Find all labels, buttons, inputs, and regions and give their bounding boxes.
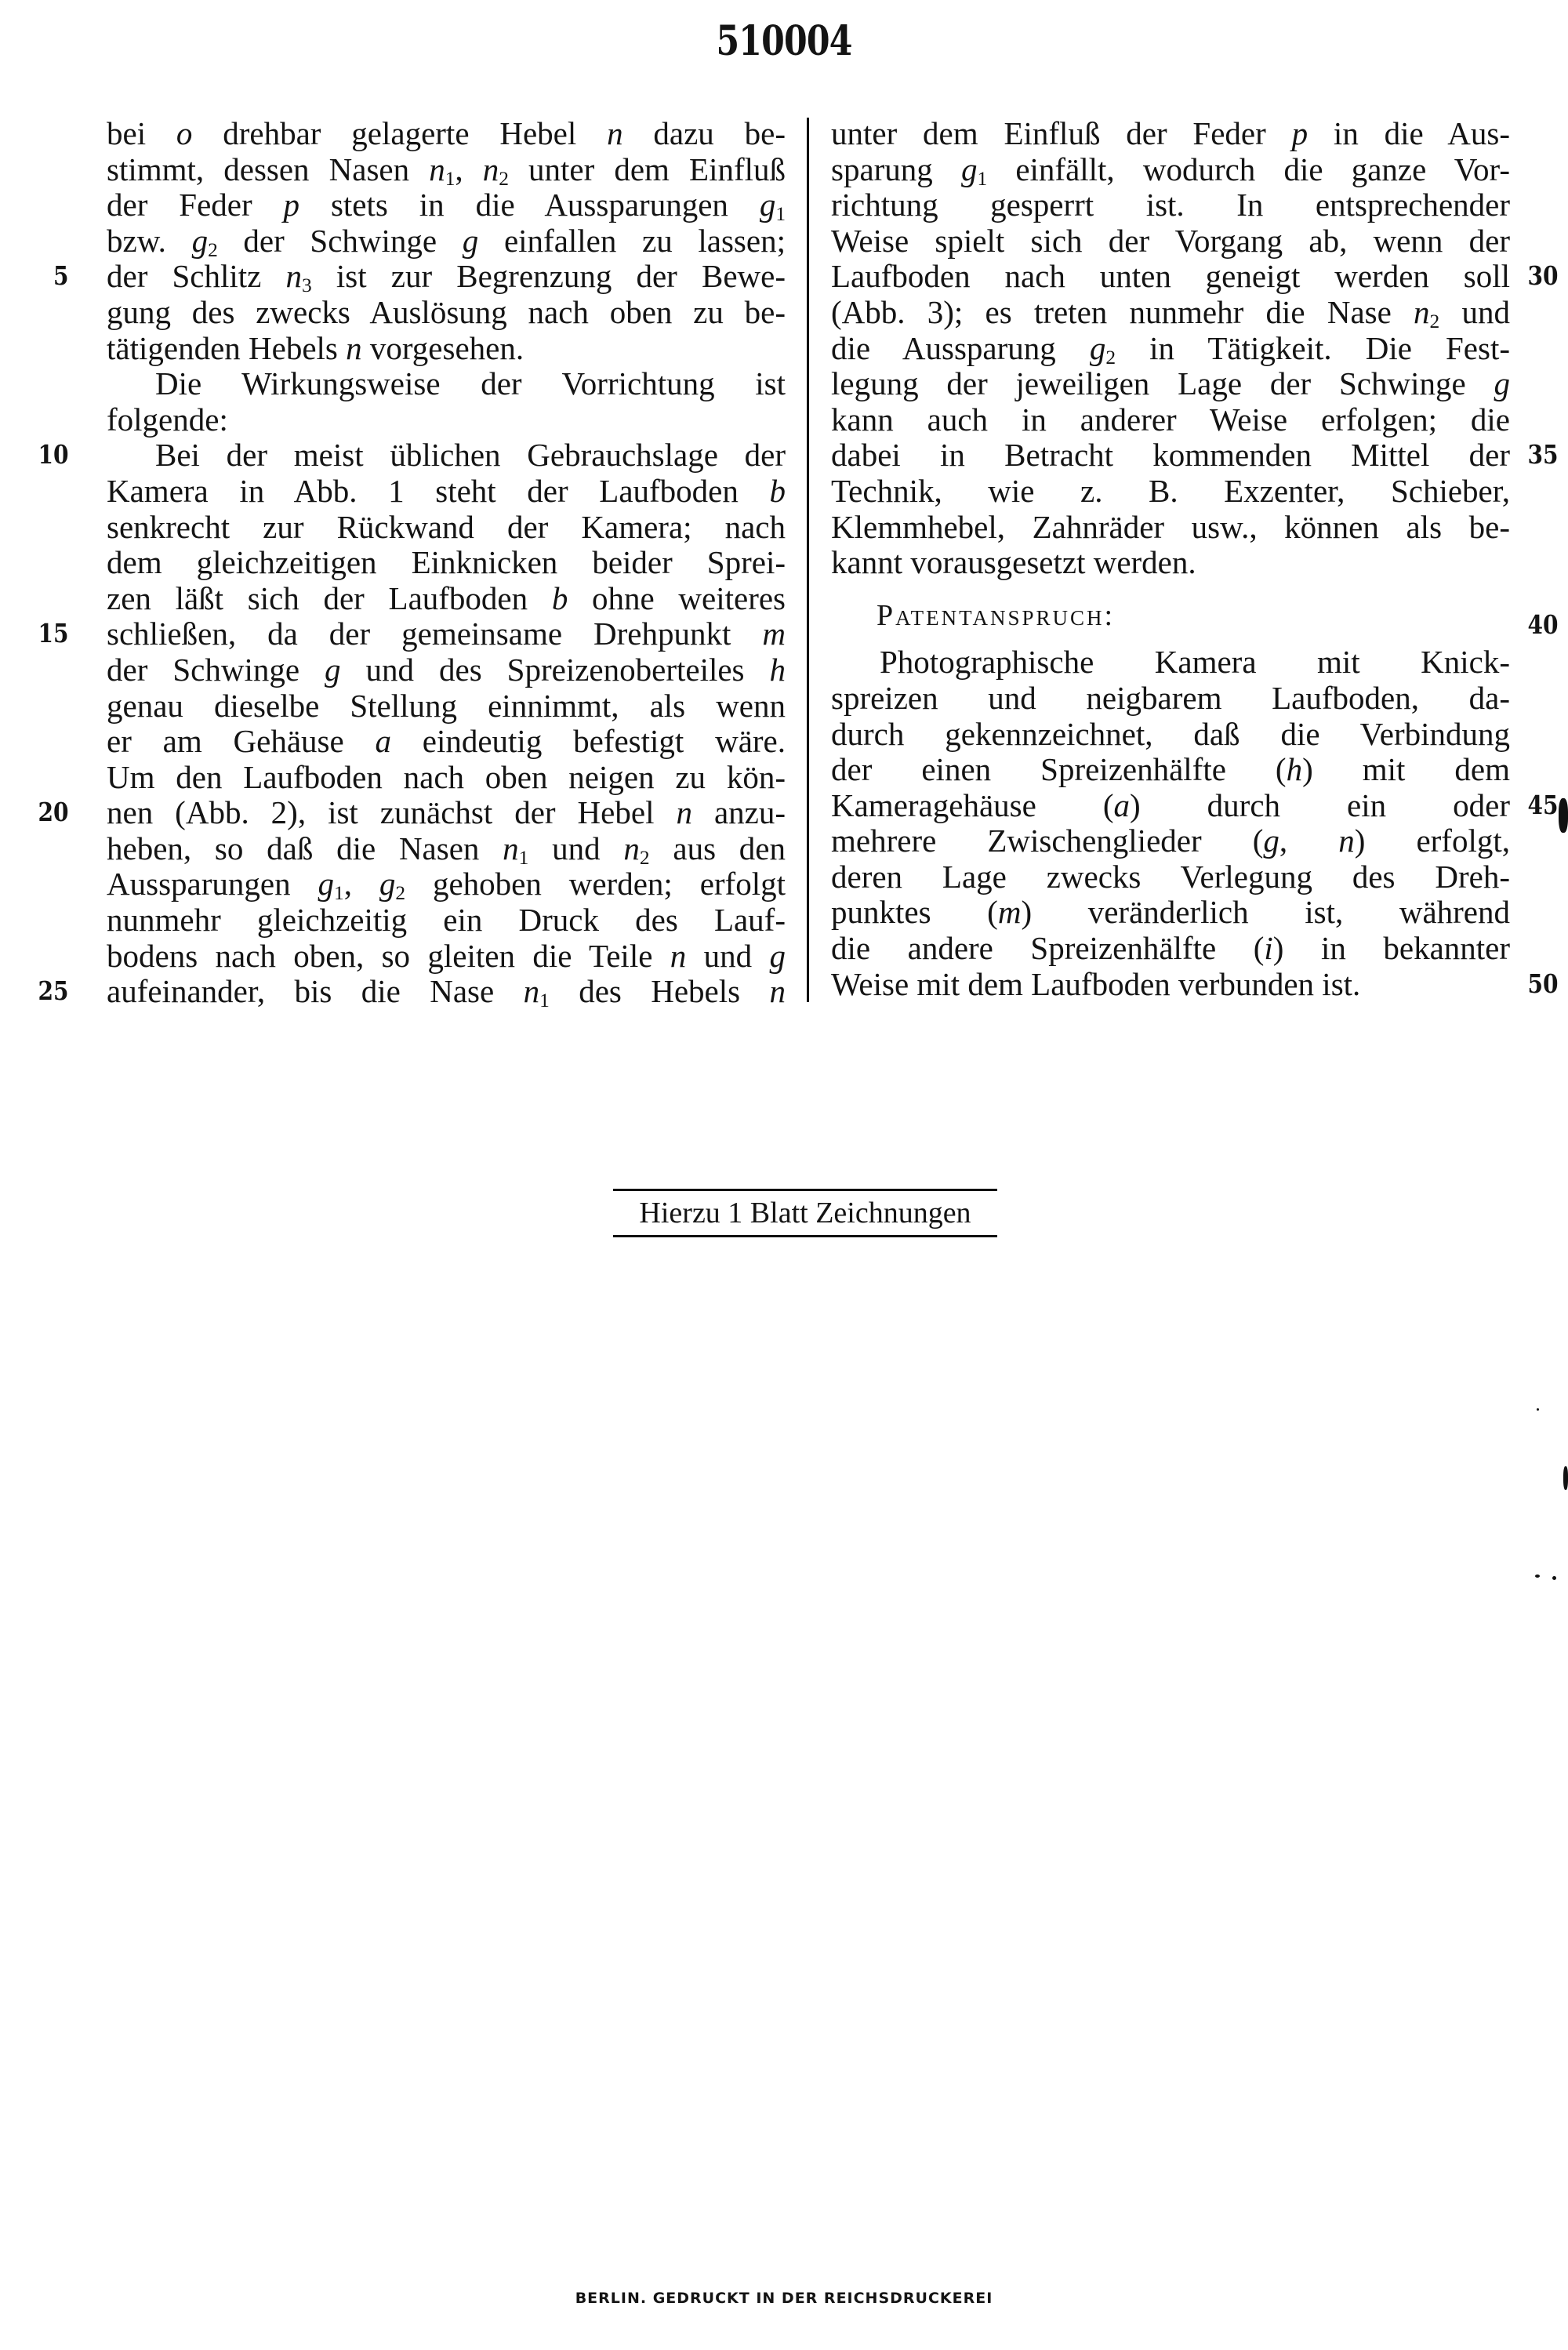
text-line: zen läßt sich der Laufboden b ohne weite… (107, 581, 786, 617)
text-line: kannt vorausgesetzt werden. (831, 545, 1510, 581)
text-line: richtung gesperrt ist. In entsprechender (831, 187, 1510, 223)
text-line: durch gekennzeichnet, daß die Verbindung (831, 717, 1510, 753)
text-line: mehrere Zwischenglieder (g, n) erfolgt, (831, 823, 1510, 859)
text-line: nen (Abb. 2), ist zunächst der Hebel n a… (107, 795, 786, 831)
text-line: tätigenden Hebels n vorgesehen. (107, 331, 786, 367)
line-number: 15 (29, 618, 69, 648)
text-line: Kameragehäuse (a) durch ein oder (831, 788, 1510, 824)
text-line: aufeinander, bis die Nase n1 des Hebels … (107, 974, 786, 1010)
claim-heading: Patentanspruch: (831, 598, 1510, 634)
text-line: Um den Laufboden nach oben neigen zu kön… (107, 760, 786, 796)
line-number: 40 (1528, 609, 1568, 640)
text-line: bodens nach oben, so gleiten die Teile n… (107, 939, 786, 975)
text-line: bei o drehbar gelagerte Hebel n dazu be- (107, 116, 786, 152)
scan-speck (1535, 1575, 1540, 1578)
page-number: 510004 (141, 17, 1427, 65)
text-line: schließen, da der gemeinsame Drehpunkt m (107, 616, 786, 652)
text-line: deren Lage zwecks Verlegung des Dreh- (831, 859, 1510, 895)
text-line: genau dieselbe Stellung einnimmt, als we… (107, 688, 786, 725)
line-number: 30 (1528, 260, 1568, 291)
text-line: sparung g1 einfällt, wodurch die ganze V… (831, 152, 1510, 188)
text-line: Photographische Kamera mit Knick- (831, 645, 1510, 681)
printer-imprint: BERLIN. GEDRUCKT IN DER REICHSDRUCKEREI (0, 2290, 1568, 2307)
scan-speck (1552, 1576, 1556, 1580)
text-line: legung der jeweiligen Lage der Schwinge … (831, 366, 1510, 402)
scan-speck (1537, 1408, 1539, 1411)
text-line: stimmt, dessen Nasen n1, n2 unter dem Ei… (107, 152, 786, 188)
text-line: nunmehr gleichzeitig ein Druck des Lauf- (107, 903, 786, 939)
line-number: 10 (29, 439, 69, 470)
column-divider (807, 118, 809, 1002)
text-line: heben, so daß die Nasen n1 und n2 aus de… (107, 831, 786, 867)
line-number: 20 (29, 797, 69, 827)
line-number: 50 (1528, 968, 1568, 999)
drawings-note: Hierzu 1 Blatt Zeichnungen (613, 1189, 997, 1237)
text-line: Laufboden nach unten geneigt werden soll (831, 259, 1510, 295)
text-line: Kamera in Abb. 1 steht der Laufboden b (107, 474, 786, 510)
text-line: die andere Spreizenhälfte (i) in bekannt… (831, 931, 1510, 967)
text-line: spreizen und neigbarem Laufboden, da- (831, 681, 1510, 717)
text-line: Aussparungen g1, g2 gehoben werden; erfo… (107, 866, 786, 903)
line-number: 25 (29, 975, 69, 1006)
text-line: der Schlitz n3 ist zur Begrenzung der Be… (107, 259, 786, 295)
text-line: der Schwinge g und des Spreizenoberteile… (107, 652, 786, 688)
text-line: Klemmhebel, Zahnräder usw., können als b… (831, 510, 1510, 546)
line-number: 35 (1528, 439, 1568, 470)
text-line: (Abb. 3); es treten nunmehr die Nase n2 … (831, 295, 1510, 331)
text-line: Die Wirkungsweise der Vorrichtung ist (107, 366, 786, 402)
text-line: Weise spielt sich der Vorgang ab, wenn d… (831, 223, 1510, 260)
text-line: dabei in Betracht kommenden Mittel der (831, 438, 1510, 474)
text-line: punktes (m) veränderlich ist, während (831, 895, 1510, 931)
text-line: bzw. g2 der Schwinge g einfallen zu lass… (107, 223, 786, 260)
text-line: der einen Spreizenhälfte (h) mit dem (831, 752, 1510, 788)
text-line: dem gleichzeitigen Einknicken beider Spr… (107, 545, 786, 581)
scan-speck (1559, 798, 1568, 833)
text-line: der Feder p stets in die Aussparungen g1 (107, 187, 786, 223)
scan-speck (1563, 1466, 1568, 1490)
left-text-column: bei o drehbar gelagerte Hebel n dazu be-… (107, 116, 786, 1010)
text-line: er am Gehäuse a eindeutig befestigt wäre… (107, 724, 786, 760)
text-line: senkrecht zur Rückwand der Kamera; nach (107, 510, 786, 546)
text-line: Weise mit dem Laufboden verbunden ist. (831, 967, 1510, 1003)
text-line: unter dem Einfluß der Feder p in die Aus… (831, 116, 1510, 152)
text-line: Bei der meist üblichen Gebrauchslage der (107, 438, 786, 474)
text-line: kann auch in anderer Weise erfolgen; die (831, 402, 1510, 438)
text-line: Technik, wie z. B. Exzenter, Schieber, (831, 474, 1510, 510)
text-line: die Aussparung g2 in Tätigkeit. Die Fest… (831, 331, 1510, 367)
text-line: folgende: (107, 402, 786, 438)
line-number: 5 (29, 260, 69, 291)
text-line: gung des zwecks Auslösung nach oben zu b… (107, 295, 786, 331)
right-text-column: unter dem Einfluß der Feder p in die Aus… (831, 116, 1510, 1002)
